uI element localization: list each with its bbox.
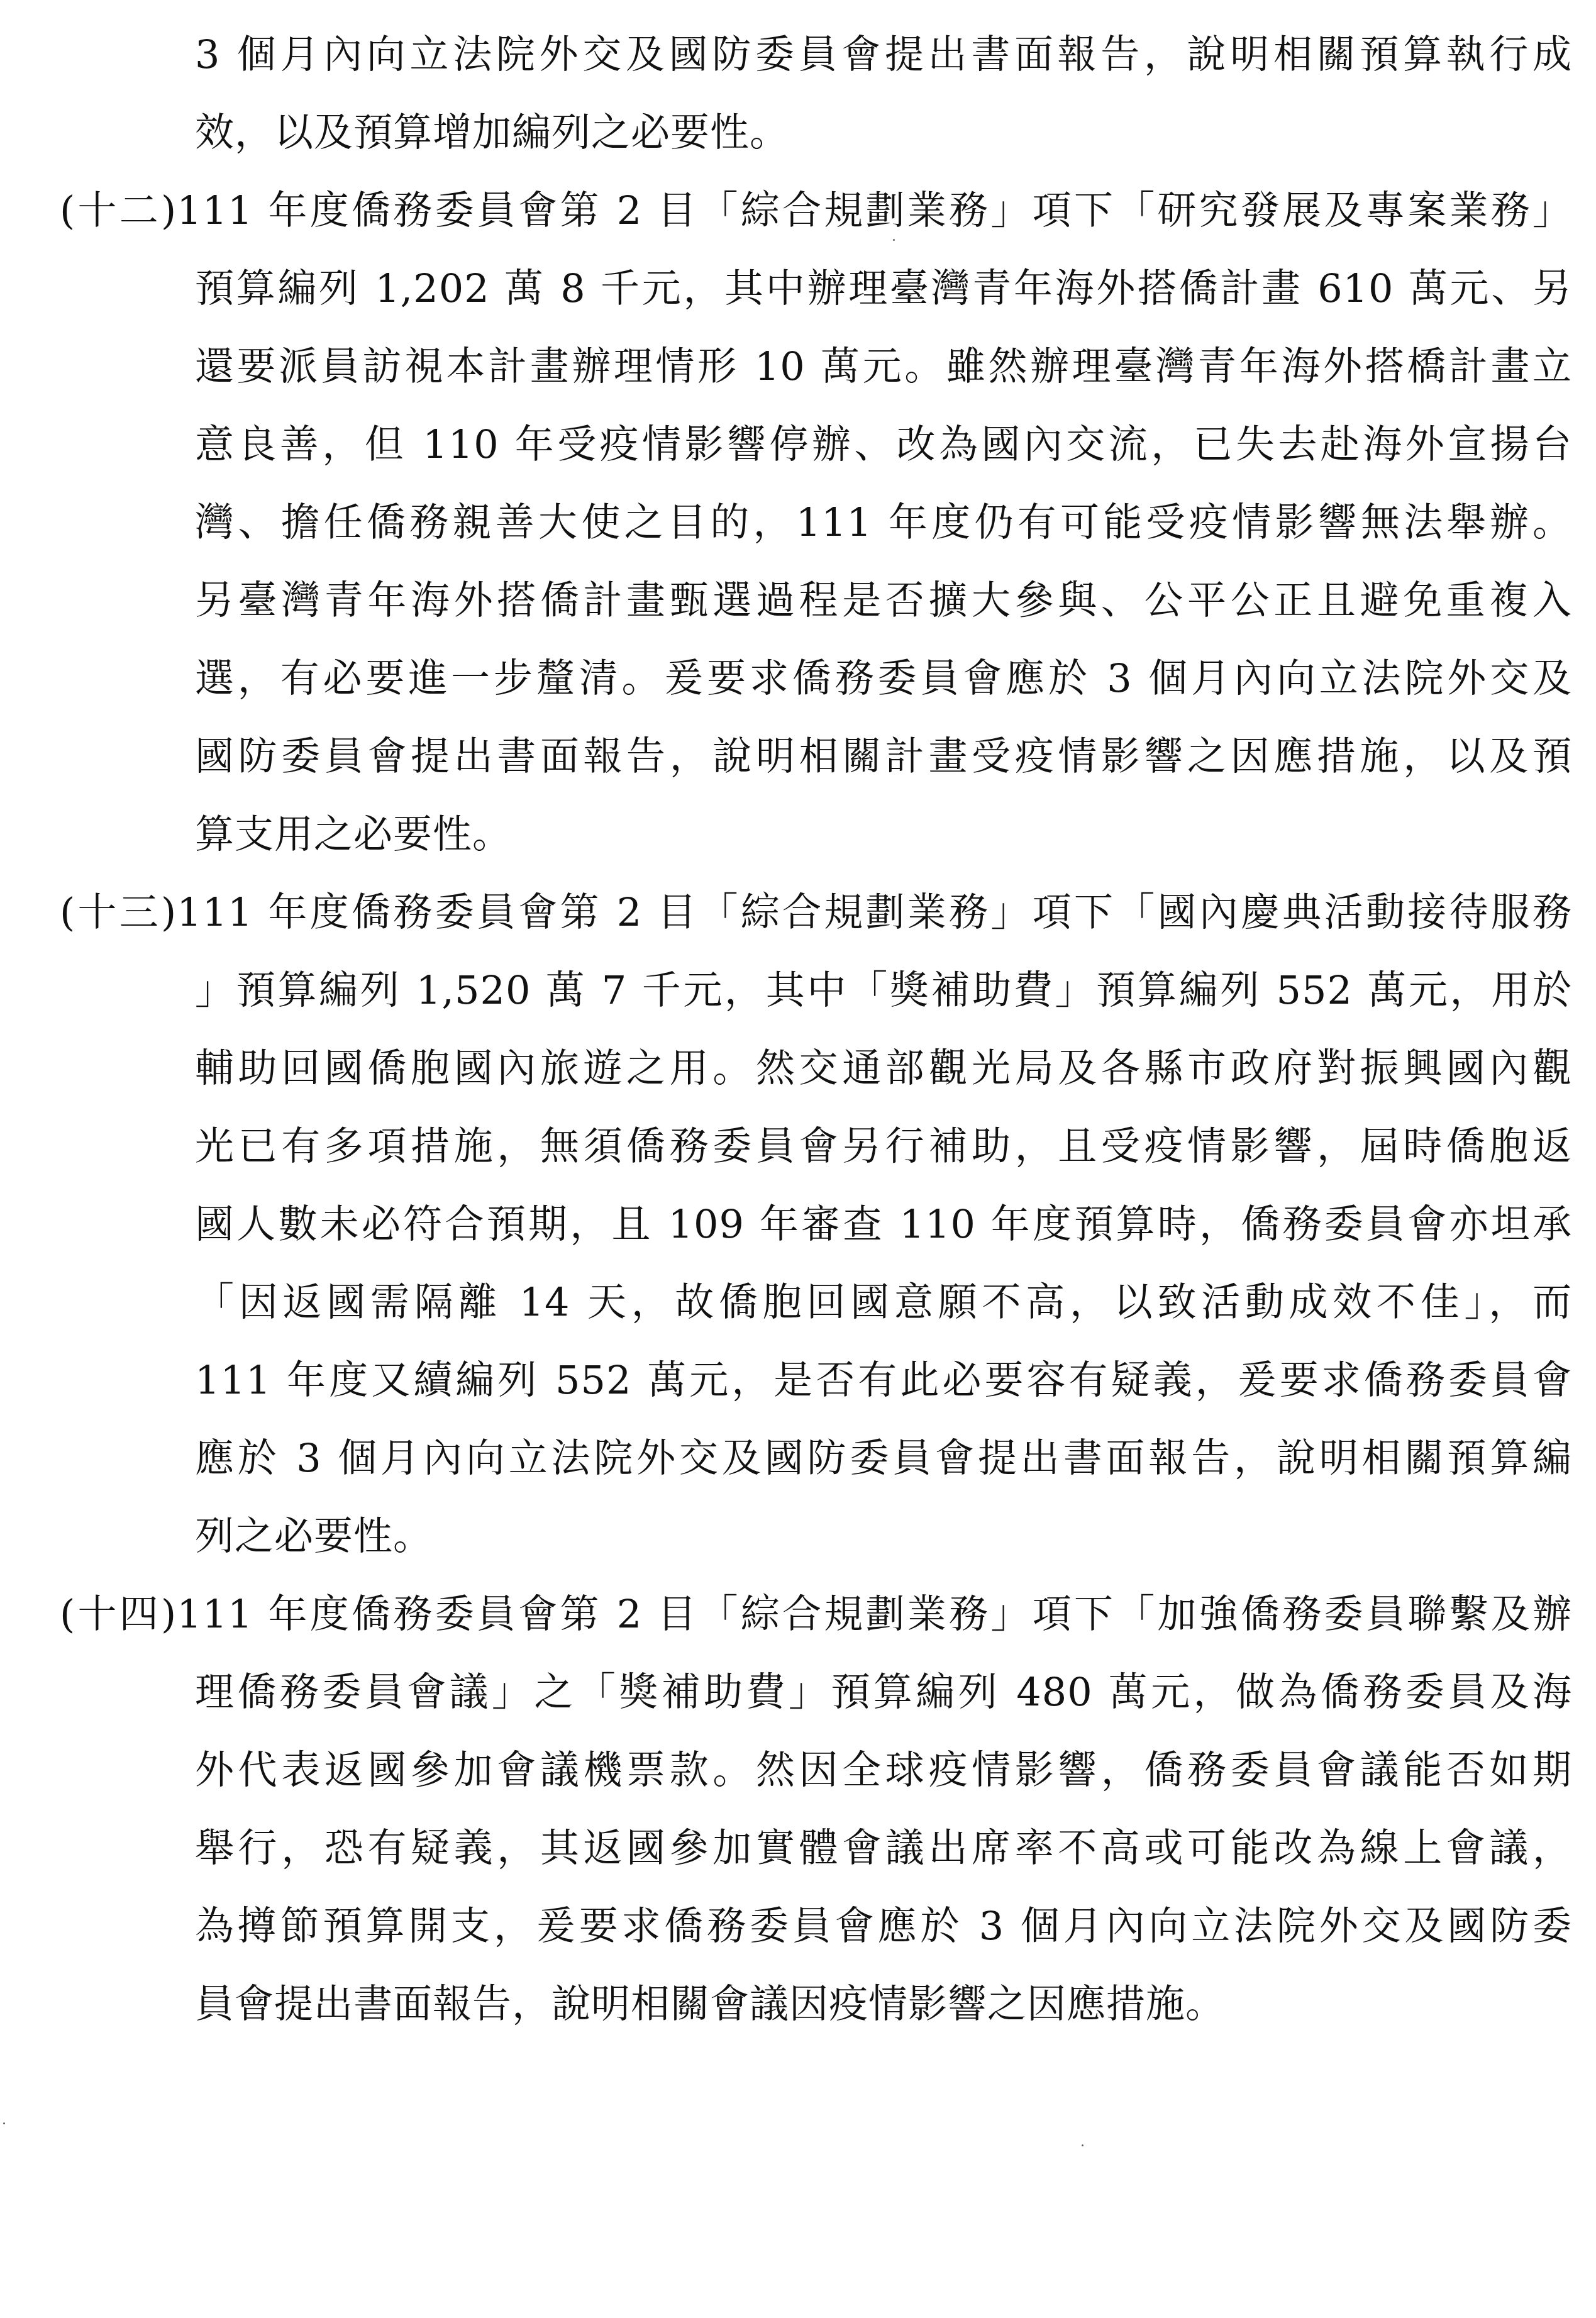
item-14-line: 舉行，恐有疑義，其返國參加實體會議出席率不高或可能改為線上會議，: [195, 1820, 1572, 1877]
item-12-line: 預算編列 1,202 萬 8 千元，其中辦理臺灣青年海外搭僑計畫 610 萬元、…: [195, 260, 1572, 317]
item-13-line: 」預算編列 1,520 萬 7 千元，其中「獎補助費」預算編列 552 萬元，用…: [195, 962, 1572, 1019]
item-12-line: 意良善，但 110 年受疫情影響停辦、改為國內交流，已失去赴海外宣揚台: [195, 416, 1572, 473]
document-page: 3 個月內向立法院外交及國防委員會提出書面報告，說明相關預算執行成 效，以及預算…: [0, 0, 1596, 2318]
item-12-line: 國防委員會提出書面報告，說明相關計畫受疫情影響之因應措施，以及預: [195, 728, 1572, 785]
item-14-line: 為撙節預算開支，爰要求僑務委員會應於 3 個月內向立法院外交及國防委: [195, 1898, 1572, 1955]
item-13-line: 「因返國需隔離 14 天，故僑胞回國意願不高，以致活動成效不佳」，而: [195, 1274, 1572, 1331]
item-12-line: 算支用之必要性。: [195, 806, 1572, 863]
continuation-line: 3 個月內向立法院外交及國防委員會提出書面報告，說明相關預算執行成: [195, 26, 1572, 83]
item-13-line: 輔助回國僑胞國內旅遊之用。然交通部觀光局及各縣市政府對振興國內觀: [195, 1040, 1572, 1097]
item-14-line: 理僑務委員會議」之「獎補助費」預算編列 480 萬元，做為僑務委員及海: [195, 1664, 1572, 1721]
item-14-first-line: (十四)111 年度僑務委員會第 2 目「綜合規劃業務」項下「加強僑務委員聯繫及…: [60, 1586, 1572, 1643]
item-14-line: 員會提出書面報告，說明相關會議因疫情影響之因應措施。: [195, 1976, 1572, 2032]
item-12-text: 111 年度僑務委員會第 2 目「綜合規劃業務」項下「研究發展及專案業務」: [177, 187, 1572, 233]
scan-speck: [893, 239, 895, 241]
item-13-text: 111 年度僑務委員會第 2 目「綜合規劃業務」項下「國內慶典活動接待服務: [177, 889, 1572, 935]
scan-speck: [3, 2122, 5, 2124]
item-14-text: 111 年度僑務委員會第 2 目「綜合規劃業務」項下「加強僑務委員聯繫及辦: [177, 1591, 1572, 1637]
item-14-label: (十四): [60, 1591, 177, 1637]
item-12-line: 還要派員訪視本計畫辦理情形 10 萬元。雖然辦理臺灣青年海外搭橋計畫立: [195, 338, 1572, 395]
item-14-line: 外代表返國參加會議機票款。然因全球疫情影響，僑務委員會議能否如期: [195, 1742, 1572, 1799]
item-13-label: (十三): [60, 889, 177, 935]
item-12-line: 選，有必要進一步釐清。爰要求僑務委員會應於 3 個月內向立法院外交及: [195, 650, 1572, 707]
item-12-label: (十二): [60, 187, 177, 233]
item-12-line: 灣、擔任僑務親善大使之目的，111 年度仍有可能受疫情影響無法舉辦。: [195, 494, 1572, 551]
item-13-line: 111 年度又續編列 552 萬元，是否有此必要容有疑義，爰要求僑務委員會: [195, 1352, 1572, 1409]
item-13-line: 國人數未必符合預期，且 109 年審查 110 年度預算時，僑務委員會亦坦承: [195, 1196, 1572, 1253]
continuation-line: 效，以及預算增加編列之必要性。: [195, 104, 1572, 161]
item-13-line: 應於 3 個月內向立法院外交及國防委員會提出書面報告，說明相關預算編: [195, 1430, 1572, 1487]
item-12-first-line: (十二)111 年度僑務委員會第 2 目「綜合規劃業務」項下「研究發展及專案業務…: [60, 182, 1572, 239]
scan-speck: [1082, 2144, 1083, 2146]
item-13-first-line: (十三)111 年度僑務委員會第 2 目「綜合規劃業務」項下「國內慶典活動接待服…: [60, 884, 1572, 941]
item-13-line: 光已有多項措施，無須僑務委員會另行補助，且受疫情影響，屆時僑胞返: [195, 1118, 1572, 1175]
item-13-line: 列之必要性。: [195, 1508, 1572, 1565]
item-12-line: 另臺灣青年海外搭僑計畫甄選過程是否擴大參與、公平公正且避免重複入: [195, 572, 1572, 629]
